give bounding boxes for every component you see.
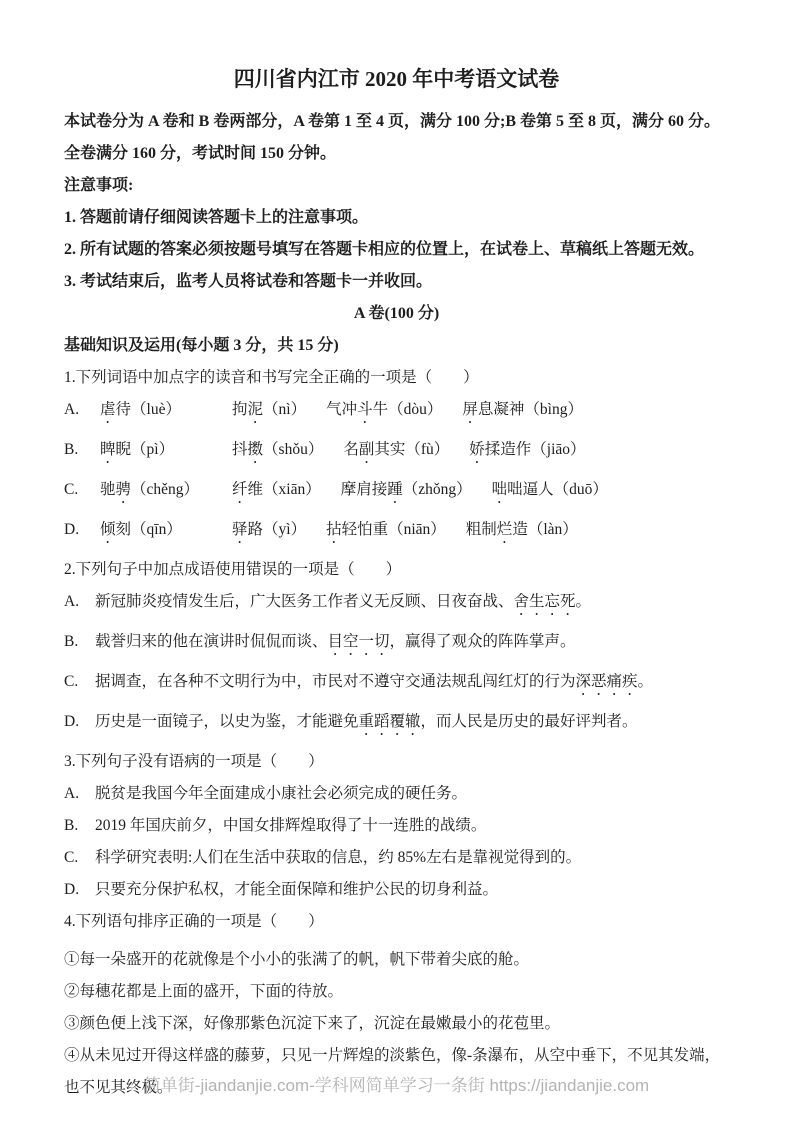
notice-title: 注意事项: xyxy=(64,176,729,196)
option-term: 屏息凝神（bìng） xyxy=(462,400,583,427)
section-a-heading: A 卷(100 分) xyxy=(64,304,729,324)
option-term: 拘泥（nì） xyxy=(232,400,306,427)
question-2-stem: 2.下列句子中加点成语使用错误的一项是（ ） xyxy=(64,560,729,579)
question-1-option-a: A. 虐待（luè） 拘泥（nì） 气冲斗牛（dòu） 屏息凝神（bìng） xyxy=(64,400,729,427)
option-letter: C. xyxy=(64,480,80,507)
question-4-sentence-3: ③颜色便上浅下深，好像那紫色沉淀下来了，沉淀在最嫩最小的花苞里。 xyxy=(64,1008,729,1040)
option-letter: C. xyxy=(64,672,80,699)
question-2-option-d: D. 历史是一面镜子，以史为鉴，才能避免重蹈覆辙，而人民是历史的最好评判者。 xyxy=(64,712,729,739)
question-2-option-c: C. 据调查，在各种不文明行为中，市民对不遵守交通法规乱闯红灯的行为深恶痛疾。 xyxy=(64,672,729,699)
question-4-sentence-1: ①每一朵盛开的花就像是个小小的张满了的帆，帆下带着尖底的舱。 xyxy=(64,944,729,976)
option-term: 驰骋（chěng） xyxy=(100,480,212,507)
question-4-sentence-2: ②每穗花都是上面的盛开，下面的待放。 xyxy=(64,976,729,1008)
option-text: 历史是一面镜子，以史为鉴，才能避免重蹈覆辙，而人民是历史的最好评判者。 xyxy=(95,712,638,739)
option-term: 咄咄逼人（duō） xyxy=(492,480,608,507)
option-term: 拈轻怕重（niān） xyxy=(326,520,446,547)
question-1-option-d: D. 倾刻（qīn） 驿路（yì） 拈轻怕重（niān） 粗制烂造（làn） xyxy=(64,520,729,547)
question-2-option-a: A. 新冠肺炎疫情发生后，广大医务工作者义无反顾、日夜奋战、舍生忘死。 xyxy=(64,592,729,619)
option-term: 虐待（luè） xyxy=(100,400,212,427)
question-3-option-b: B. 2019 年国庆前夕，中国女排辉煌取得了十一连胜的战绩。 xyxy=(64,816,729,835)
question-3-stem: 3.下列句子没有语病的一项是（ ） xyxy=(64,752,729,771)
question-1-option-b: B. 睥睨（pì） 抖擞（shǒu） 名副其实（fù） 娇揉造作（jiāo） xyxy=(64,440,729,467)
option-letter: C. xyxy=(64,848,80,867)
question-2-option-b: B. 载誉归来的他在演讲时侃侃而谈、目空一切，赢得了观众的阵阵掌声。 xyxy=(64,632,729,659)
option-term: 抖擞（shǒu） xyxy=(232,440,323,467)
option-letter: B. xyxy=(64,816,80,835)
question-3-option-c: C. 科学研究表明:人们在生活中获取的信息，约 85%左右是靠视觉得到的。 xyxy=(64,848,729,867)
option-letter: A. xyxy=(64,784,80,803)
intro-line-2: 全卷满分 160 分，考试时间 150 分钟。 xyxy=(64,144,729,164)
exam-paper-page: 四川省内江市 2020 年中考语文试卷 本试卷分为 A 卷和 B 卷两部分，A … xyxy=(0,0,793,1122)
notice-item-2: 2. 所有试题的答案必须按题号填写在答题卡相应的位置上，在试卷上、草稿纸上答题无… xyxy=(64,240,729,260)
question-1-stem: 1.下列词语中加点字的读音和书写完全正确的一项是（ ） xyxy=(64,368,729,387)
option-text: 只要充分保护私权，才能全面保障和维护公民的切身利益。 xyxy=(95,880,498,899)
question-3-option-a: A. 脱贫是我国今年全面建成小康社会必须完成的硬任务。 xyxy=(64,784,729,803)
option-letter: B. xyxy=(64,440,80,467)
option-term: 气冲斗牛（dòu） xyxy=(326,400,442,427)
option-text: 新冠肺炎疫情发生后，广大医务工作者义无反顾、日夜奋战、舍生忘死。 xyxy=(95,592,591,619)
option-text: 科学研究表明:人们在生活中获取的信息，约 85%左右是靠视觉得到的。 xyxy=(95,848,581,867)
question-4-stem: 4.下列语句排序正确的一项是（ ） xyxy=(64,912,729,931)
intro-line-1: 本试卷分为 A 卷和 B 卷两部分，A 卷第 1 至 4 页，满分 100 分;… xyxy=(64,112,729,132)
option-letter: B. xyxy=(64,632,80,659)
option-term: 倾刻（qīn） xyxy=(100,520,212,547)
notice-item-1: 1. 答题前请仔细阅读答题卡上的注意事项。 xyxy=(64,208,729,228)
notice-item-3: 3. 考试结束后，监考人员将试卷和答题卡一并收回。 xyxy=(64,272,729,292)
option-term: 驿路（yì） xyxy=(232,520,306,547)
option-text: 2019 年国庆前夕，中国女排辉煌取得了十一连胜的战绩。 xyxy=(95,816,486,835)
page-title: 四川省内江市 2020 年中考语文试卷 xyxy=(64,66,729,92)
part1-heading: 基础知识及运用(每小题 3 分，共 15 分) xyxy=(64,336,729,356)
option-letter: D. xyxy=(64,712,80,739)
watermark-footer: 简单街-jiandanjie.com-学科网简单学习一条街 https://ji… xyxy=(0,1071,793,1096)
option-term: 纤维（xiān） xyxy=(232,480,321,507)
option-text: 据调查，在各种不文明行为中，市民对不遵守交通法规乱闯红灯的行为深恶痛疾。 xyxy=(95,672,653,699)
option-term: 睥睨（pì） xyxy=(100,440,212,467)
option-letter: A. xyxy=(64,592,80,619)
option-term: 娇揉造作（jiāo） xyxy=(469,440,585,467)
option-text: 脱贫是我国今年全面建成小康社会必须完成的硬任务。 xyxy=(95,784,467,803)
question-1-option-c: C. 驰骋（chěng） 纤维（xiān） 摩肩接踵（zhǒng） 咄咄逼人（d… xyxy=(64,480,729,507)
option-term: 名副其实（fù） xyxy=(343,440,449,467)
option-letter: D. xyxy=(64,880,80,899)
option-term: 粗制烂造（làn） xyxy=(466,520,578,547)
option-letter: D. xyxy=(64,520,80,547)
option-term: 摩肩接踵（zhǒng） xyxy=(341,480,472,507)
option-letter: A. xyxy=(64,400,80,427)
question-3-option-d: D. 只要充分保护私权，才能全面保障和维护公民的切身利益。 xyxy=(64,880,729,899)
option-text: 载誉归来的他在演讲时侃侃而谈、目空一切，赢得了观众的阵阵掌声。 xyxy=(95,632,576,659)
